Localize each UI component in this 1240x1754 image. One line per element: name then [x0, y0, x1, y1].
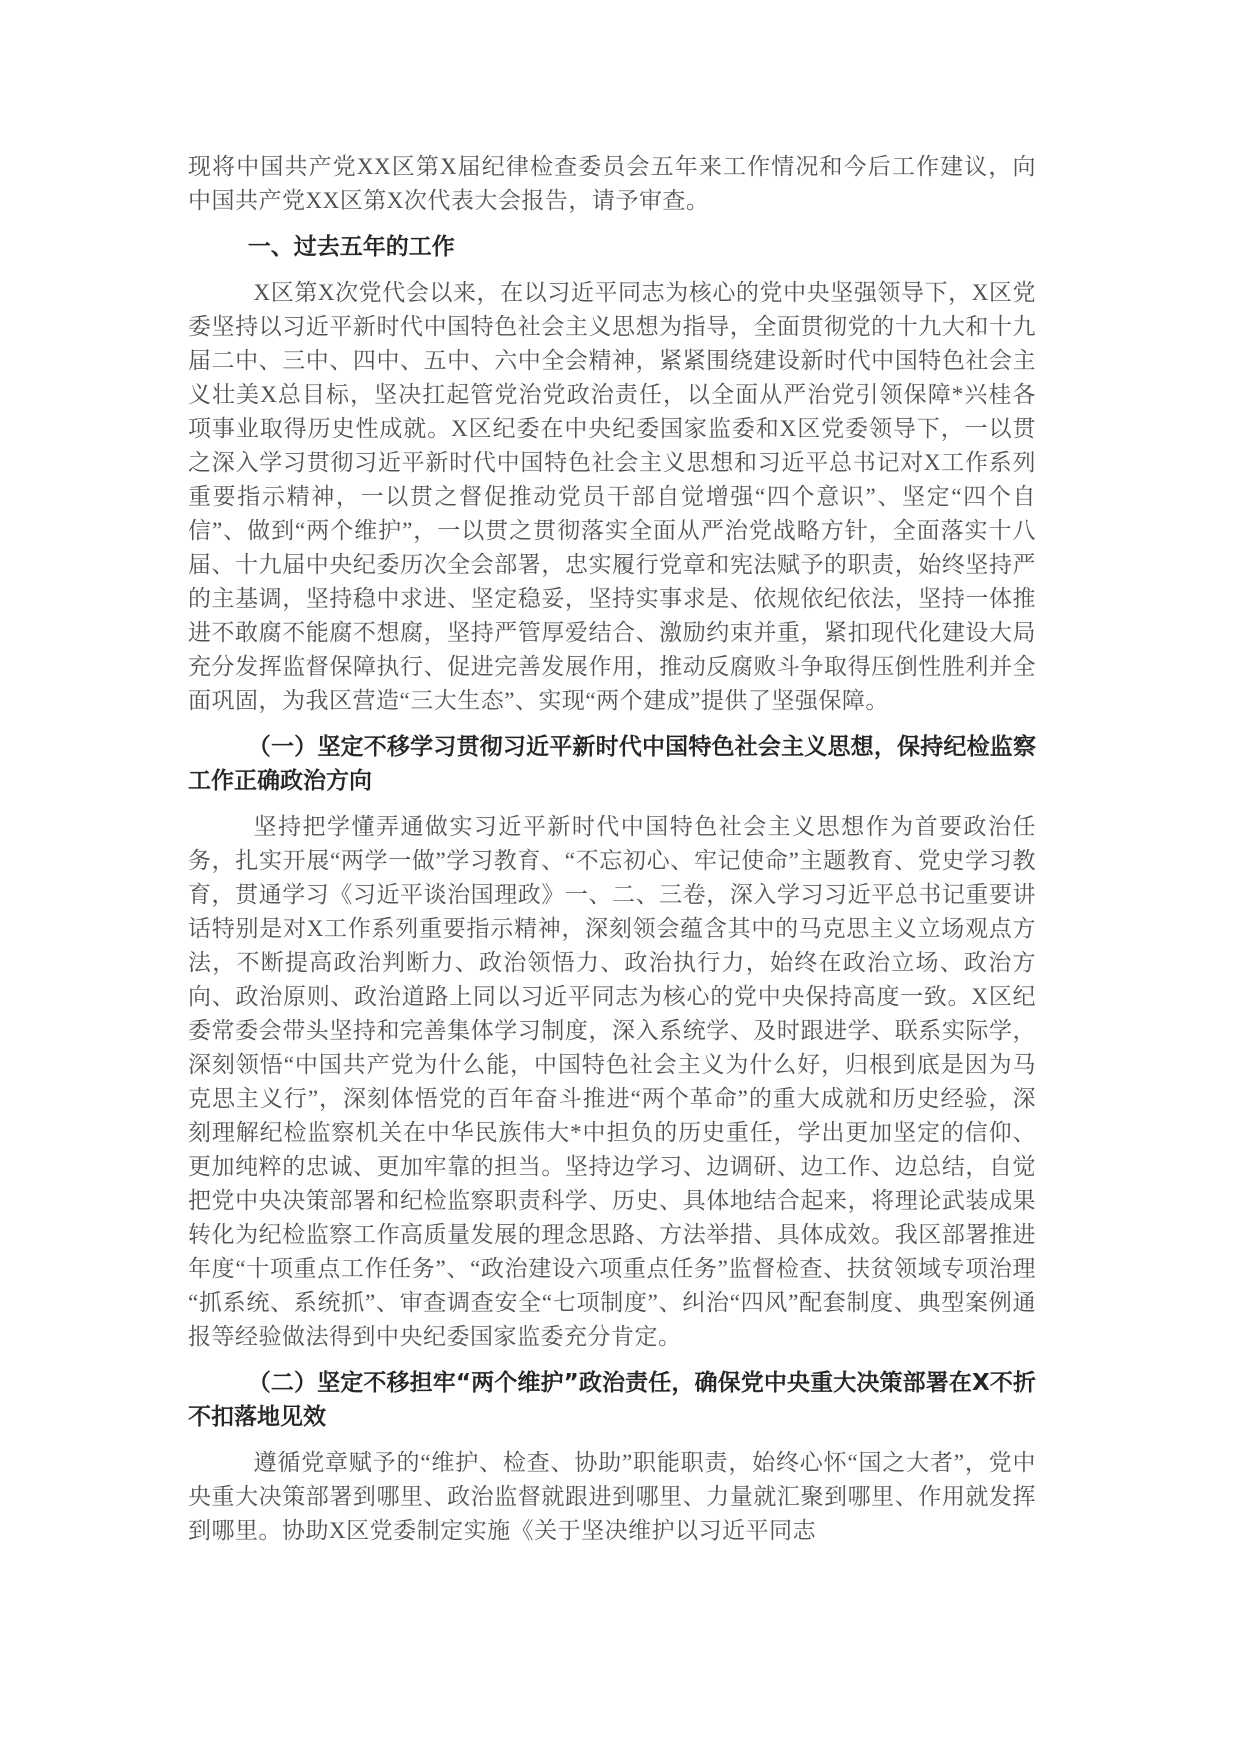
intro-paragraph: 现将中国共产党XX区第X届纪律检查委员会五年来工作情况和今后工作建议，向中国共产… [188, 150, 1036, 218]
body-paragraph-subsection-2: 遵循党章赋予的“维护、检查、协助”职能职责，始终心怀“国之大者”，党中央重大决策… [188, 1446, 1036, 1548]
subsection-heading-1: （一）坚定不移学习贯彻习近平新时代中国特色社会主义思想，保持纪检监察工作正确政治… [188, 730, 1036, 798]
body-paragraph-overview: X区第X次党代会以来，在以习近平同志为核心的党中央坚强领导下，X区党委坚持以习近… [188, 276, 1036, 718]
document-page: 现将中国共产党XX区第X届纪律检查委员会五年来工作情况和今后工作建议，向中国共产… [0, 0, 1240, 1754]
subsection-heading-2: （二）坚定不移担牢“两个维护”政治责任，确保党中央重大决策部署在X不折不扣落地见… [188, 1366, 1036, 1434]
section-heading-past-five-years: 一、过去五年的工作 [188, 230, 1036, 264]
document-text-block: 现将中国共产党XX区第X届纪律检查委员会五年来工作情况和今后工作建议，向中国共产… [188, 150, 1036, 1548]
body-paragraph-subsection-1: 坚持把学懂弄通做实习近平新时代中国特色社会主义思想作为首要政治任务，扎实开展“两… [188, 810, 1036, 1354]
